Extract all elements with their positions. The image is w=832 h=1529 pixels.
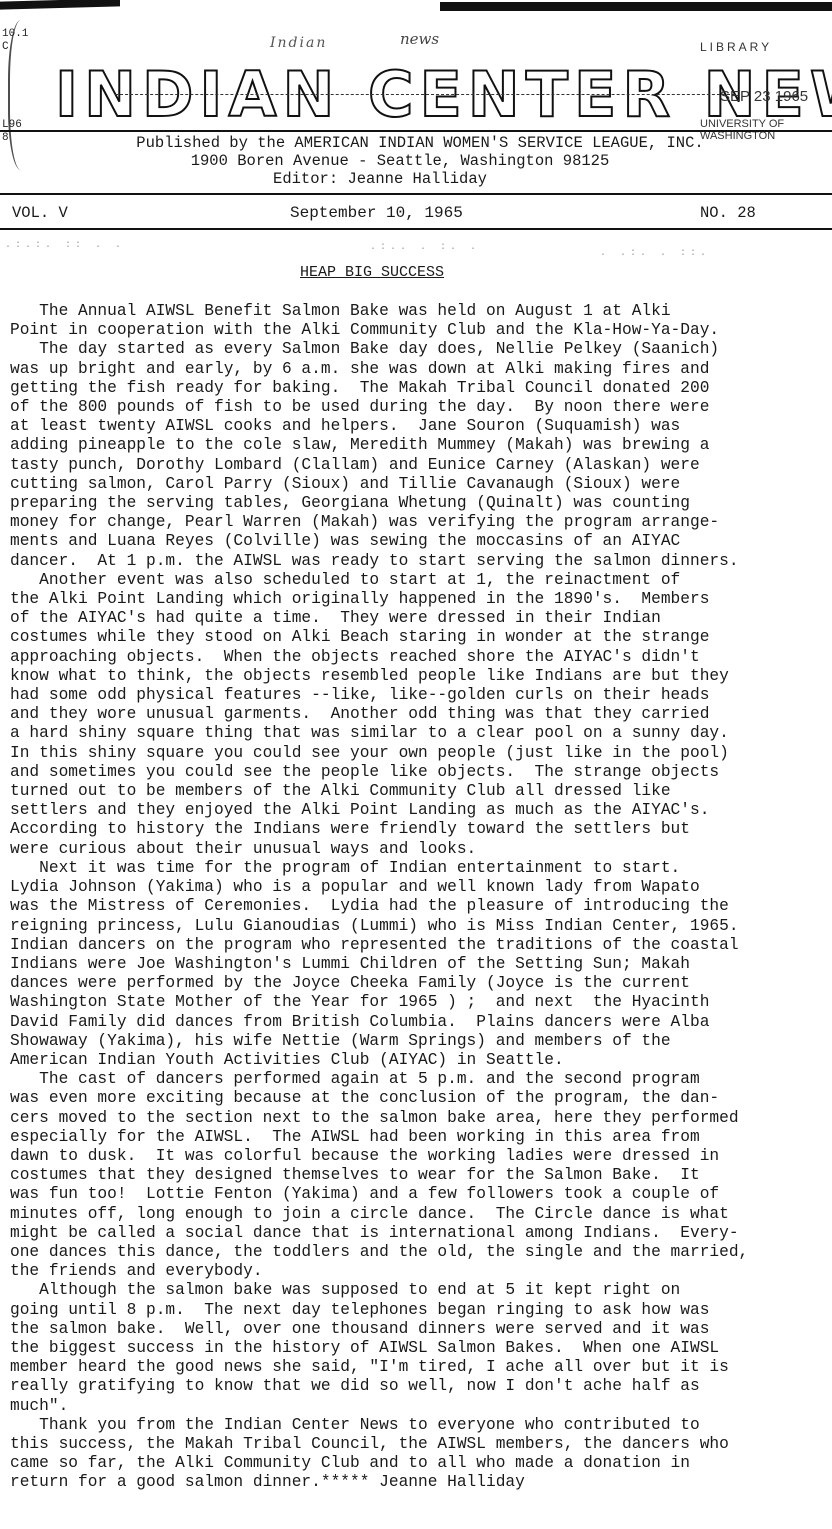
article-line: costumes that they designed themselves t… [10, 1166, 815, 1185]
article-line: cutting salmon, Carol Parry (Sioux) and … [10, 475, 815, 494]
article-line: had some odd physical features --like, l… [10, 686, 815, 705]
article-line: Thank you from the Indian Center News to… [10, 1416, 815, 1435]
article-line: much". [10, 1397, 815, 1416]
article-line: The day started as every Salmon Bake day… [10, 340, 815, 359]
article-line: Washington State Mother of the Year for … [10, 993, 815, 1012]
article-line: David Family did dances from British Col… [10, 1013, 815, 1032]
handwritten-note-right: news [400, 30, 439, 48]
margin-note [2, 67, 28, 80]
article-line: the biggest success in the history of AI… [10, 1339, 815, 1358]
article-line: turned out to be members of the Alki Com… [10, 782, 815, 801]
article-line: member heard the good news she said, "I'… [10, 1358, 815, 1377]
scan-edge-top-right [440, 2, 832, 11]
article-line: might be called a social dance that is i… [10, 1224, 815, 1243]
scan-noise: . .:. . ::. [600, 248, 710, 259]
article-line: the Alki Point Landing which originally … [10, 590, 815, 609]
scan-noise: .:.. . :. . [370, 242, 480, 253]
article-line: Indians were Joe Washington's Lummi Chil… [10, 955, 815, 974]
issue-date: September 10, 1965 [290, 204, 463, 222]
article-line: money for change, Pearl Warren (Makah) w… [10, 513, 815, 532]
margin-note: 10.1 [2, 28, 28, 41]
article-line: at least twenty AIWSL cooks and helpers.… [10, 417, 815, 436]
issue-number: NO. 28 [700, 204, 756, 222]
article-line: reigning princess, Lulu Gianoudias (Lumm… [10, 917, 815, 936]
margin-note: C [2, 41, 28, 54]
article-line: this success, the Makah Tribal Council, … [10, 1435, 815, 1454]
article-headline: HEAP BIG SUCCESS [300, 264, 444, 281]
article-line: adding pineapple to the cole slaw, Mered… [10, 436, 815, 455]
publisher-line: Published by the AMERICAN INDIAN WOMEN'S… [20, 133, 820, 153]
article-line: minutes off, long enough to join a circl… [10, 1205, 815, 1224]
article-line: was even more exciting because at the co… [10, 1089, 815, 1108]
article-line: According to history the Indians were fr… [10, 820, 815, 839]
header-rule-top [0, 130, 832, 132]
article-line: the friends and everybody. [10, 1262, 815, 1281]
article-line: approaching objects. When the objects re… [10, 648, 815, 667]
article-line: Lydia Johnson (Yakima) who is a popular … [10, 878, 815, 897]
article-line: dawn to dusk. It was colorful because th… [10, 1147, 815, 1166]
article-line: a hard shiny square thing that was simil… [10, 724, 815, 743]
article-line: came so far, the Alki Community Club and… [10, 1454, 815, 1473]
article-line: The Annual AIWSL Benefit Salmon Bake was… [10, 302, 815, 321]
margin-note [2, 93, 28, 106]
header-rule-bottom [0, 228, 832, 230]
article-line: Another event was also scheduled to star… [10, 571, 815, 590]
volume-label: VOL. V [12, 204, 68, 222]
header-rule-middle [0, 193, 832, 195]
article-line: of the AIYAC's had quite a time. They we… [10, 609, 815, 628]
scan-noise: .:.:. :: . . [5, 240, 125, 251]
article-line: the salmon bake. Well, over one thousand… [10, 1320, 815, 1339]
article-line: were curious about their unusual ways an… [10, 840, 815, 859]
scan-edge-top-left [0, 0, 120, 10]
article-line: American Indian Youth Activities Club (A… [10, 1051, 815, 1070]
article-line: Although the salmon bake was supposed to… [10, 1281, 815, 1300]
article-line: was up bright and early, by 6 a.m. she w… [10, 360, 815, 379]
article-line: tasty punch, Dorothy Lombard (Clallam) a… [10, 456, 815, 475]
article-line: getting the fish ready for baking. The M… [10, 379, 815, 398]
article-line: going until 8 p.m. The next day telephon… [10, 1301, 815, 1320]
article-line: In this shiny square you could see your … [10, 744, 815, 763]
article-line: preparing the serving tables, Georgiana … [10, 494, 815, 513]
article-line: cers moved to the section next to the sa… [10, 1109, 815, 1128]
article-line: know what to think, the objects resemble… [10, 667, 815, 686]
received-date-stamp: SEP 23 1965 [720, 88, 808, 105]
article-line: especially for the AIWSL. The AIWSL had … [10, 1128, 815, 1147]
article-line: dances were performed by the Joyce Cheek… [10, 974, 815, 993]
margin-note [2, 80, 28, 93]
article-line: Point in cooperation with the Alki Commu… [10, 321, 815, 340]
margin-notes: 10.1C L968 [2, 28, 28, 145]
article-line: ments and Luana Reyes (Colville) was sew… [10, 532, 815, 551]
library-stamp: LIBRARY [700, 40, 772, 54]
article-line: return for a good salmon dinner.***** Je… [10, 1473, 815, 1492]
handwritten-note-left: Indian [270, 35, 327, 51]
article-body: The Annual AIWSL Benefit Salmon Bake was… [10, 302, 815, 1493]
article-line: dancer. At 1 p.m. the AIWSL was ready to… [10, 552, 815, 571]
masthead-title: INDIAN CENTER NEWS [55, 60, 765, 130]
article-line: one dances this dance, the toddlers and … [10, 1243, 815, 1262]
article-line: was fun too! Lottie Fenton (Yakima) and … [10, 1185, 815, 1204]
article-line: Showaway (Yakima), his wife Nettie (Warm… [10, 1032, 815, 1051]
article-line: of the 800 pounds of fish to be used dur… [10, 398, 815, 417]
article-line: was the Mistress of Ceremonies. Lydia ha… [10, 897, 815, 916]
article-line: Indian dancers on the program who repres… [10, 936, 815, 955]
article-line: really gratifying to know that we did so… [10, 1377, 815, 1396]
address-line: 1900 Boren Avenue - Seattle, Washington … [0, 151, 800, 171]
margin-note [2, 54, 28, 67]
article-line: and they wore unusual garments. Another … [10, 705, 815, 724]
article-line: and sometimes you could see the people l… [10, 763, 815, 782]
article-line: costumes while they stood on Alki Beach … [10, 628, 815, 647]
editor-line: Editor: Jeanne Halliday [0, 169, 780, 189]
article-line: Next it was time for the program of Indi… [10, 859, 815, 878]
masthead-dashed-line [115, 94, 735, 95]
article-line: settlers and they enjoyed the Alki Point… [10, 801, 815, 820]
article-line: The cast of dancers performed again at 5… [10, 1070, 815, 1089]
margin-note [2, 106, 28, 119]
